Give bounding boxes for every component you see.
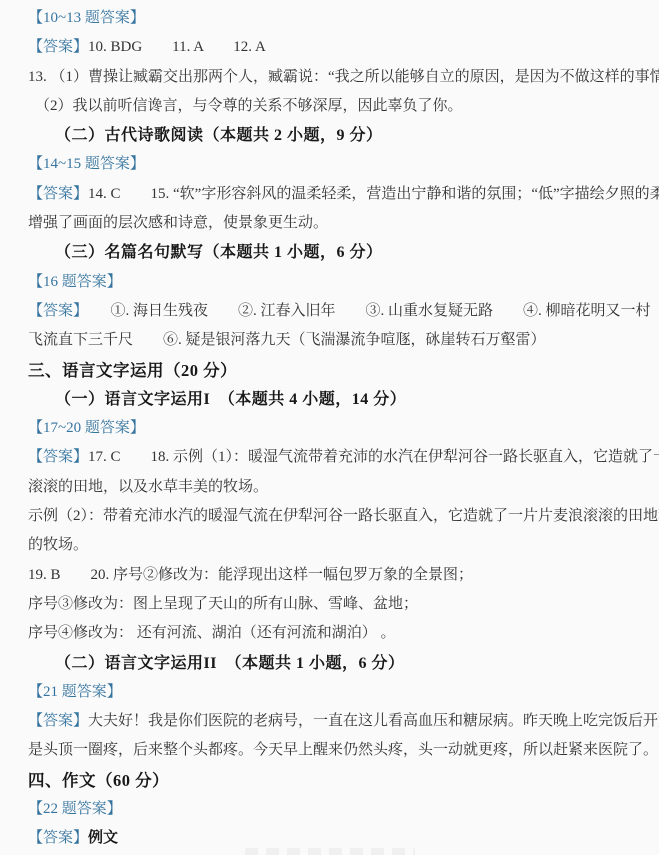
text-segment: ①. 海日生残夜 ②. 江春入旧年 ③. 山重水复疑无路 ④. 柳暗花明又一村 … <box>81 303 659 319</box>
text-line: 滚滚的田地，以及水草丰美的牧场。 <box>28 473 635 502</box>
section-subheading: （二）古代诗歌阅读（本题共 2 小题，9 分） <box>28 121 635 150</box>
answer-label-segment: 【22 题答案】 <box>28 801 122 817</box>
text-segment: 四、作文（60 分） <box>28 771 169 790</box>
text-segment: 19. B 20. 序号②修改为：能浮现出这样一幅包罗万象的全景图； <box>28 567 473 583</box>
section-subheading: （一）语言文字运用I （本题共 4 小题，14 分） <box>28 385 635 414</box>
answer-label-segment: 【17~20 题答案】 <box>28 420 145 436</box>
text-segment: 13. （1）曹操让臧霸交出那两个人，臧霸说：“我之所以能够自立的原因，是因为不… <box>28 69 659 85</box>
answer-label-segment: 【答案】 <box>28 449 88 465</box>
text-segment: 三、语言文字运用（20 分） <box>28 361 237 380</box>
text-segment: （2）我以前听信谗言，与令尊的关系不够深厚，因此辜负了你。 <box>35 98 463 114</box>
text-segment: 的牧场。 <box>28 537 88 553</box>
section-subheading: （二）语言文字运用II （本题共 1 小题，6 分） <box>28 649 635 678</box>
text-line: 示例（2）：带着充沛水汽的暖湿气流在伊犁河谷一路长驱直入，它造就了一片片麦浪滚滚… <box>28 502 635 531</box>
text-segment: 10. BDG 11. A 12. A <box>88 39 266 55</box>
document-lines: 【10~13 题答案】【答案】10. BDG 11. A 12. A13. （1… <box>28 4 635 854</box>
text-segment: （二）古代诗歌阅读（本题共 2 小题，9 分） <box>55 127 383 144</box>
section-subheading: （三）名篇名句默写（本题共 1 小题，6 分） <box>28 238 635 267</box>
text-line: （2）我以前听信谗言，与令尊的关系不够深厚，因此辜负了你。 <box>28 92 635 121</box>
text-segment: 大夫好！我是你们医院的老病号，一直在这儿看高血压和糖尿病。昨天晚上吃完饭后开始头… <box>88 713 659 729</box>
answer-label-segment: 【答案】 <box>28 830 88 846</box>
answer-label-segment: 【答案】 <box>28 186 88 202</box>
text-segment: 飞流直下三千尺 ⑥. 疑是银河落九天（飞湍瀑流争喧豗，砯崖转石万壑雷） <box>28 332 546 348</box>
document-page: 【10~13 题答案】【答案】10. BDG 11. A 12. A13. （1… <box>0 0 659 855</box>
answer-key-label-line: 【14~15 题答案】 <box>28 150 635 179</box>
text-line: 飞流直下三千尺 ⑥. 疑是银河落九天（飞湍瀑流争喧豗，砯崖转石万壑雷） <box>28 326 635 355</box>
answer-label-segment: 【21 题答案】 <box>28 684 122 700</box>
answer-label-segment: 【答案】 <box>28 303 81 319</box>
answer-label-segment: 【答案】 <box>28 713 88 729</box>
text-segment: 序号④修改为： 还有河流、湖泊（还有河流和湖泊） 。 <box>28 625 396 641</box>
text-line: 是头顶一圈疼，后来整个头都疼。今天早上醒来仍然头疼，头一动就更疼，所以赶紧来医院… <box>28 736 635 765</box>
answer-key-label-line: 【10~13 题答案】 <box>28 4 635 33</box>
text-segment: 是头顶一圈疼，后来整个头都疼。今天早上醒来仍然头疼，头一动就更疼，所以赶紧来医院… <box>28 742 658 758</box>
text-line: 序号④修改为： 还有河流、湖泊（还有河流和湖泊） 。 <box>28 619 635 648</box>
answer-line: 【答案】大夫好！我是你们医院的老病号，一直在这儿看高血压和糖尿病。昨天晚上吃完饭… <box>28 707 635 736</box>
cutoff-faint-text <box>245 848 415 855</box>
answer-label-segment: 【16 题答案】 <box>28 274 122 290</box>
text-line: 的牧场。 <box>28 531 635 560</box>
answer-label-segment: 【10~13 题答案】 <box>28 10 145 26</box>
text-line: 序号③修改为：图上呈现了天山的所有山脉、雪峰、盆地； <box>28 590 635 619</box>
answer-label-segment: 【答案】 <box>28 39 88 55</box>
text-segment: （二）语言文字运用II （本题共 1 小题，6 分） <box>55 655 404 672</box>
text-line: 13. （1）曹操让臧霸交出那两个人，臧霸说：“我之所以能够自立的原因，是因为不… <box>28 63 635 92</box>
text-segment: 滚滚的田地，以及水草丰美的牧场。 <box>28 479 268 495</box>
answer-line: 【答案】14. C 15. “软”字形容斜风的温柔轻柔，营造出宁静和谐的氛围；“… <box>28 180 635 209</box>
answer-label-segment: 【14~15 题答案】 <box>28 156 145 172</box>
section-heading: 四、作文（60 分） <box>28 766 635 795</box>
text-segment: 例文 <box>88 830 118 846</box>
answer-key-label-line: 【22 题答案】 <box>28 795 635 824</box>
text-line: 19. B 20. 序号②修改为：能浮现出这样一幅包罗万象的全景图； <box>28 561 635 590</box>
answer-key-label-line: 【16 题答案】 <box>28 268 635 297</box>
text-segment: （三）名篇名句默写（本题共 1 小题，6 分） <box>55 244 383 261</box>
answer-key-label-line: 【21 题答案】 <box>28 678 635 707</box>
answer-line: 【答案】17. C 18. 示例（1）：暖湿气流带着充沛的水汽在伊犁河谷一路长驱… <box>28 443 635 472</box>
text-segment: 示例（2）：带着充沛水汽的暖湿气流在伊犁河谷一路长驱直入，它造就了一片片麦浪滚滚… <box>28 508 659 524</box>
text-segment: （一）语言文字运用I （本题共 4 小题，14 分） <box>55 391 406 408</box>
text-segment: 增强了画面的层次感和诗意，使景象更生动。 <box>28 215 328 231</box>
text-segment: 序号③修改为：图上呈现了天山的所有山脉、雪峰、盆地； <box>28 596 418 612</box>
text-segment: 17. C 18. 示例（1）：暖湿气流带着充沛的水汽在伊犁河谷一路长驱直入，它… <box>88 449 659 465</box>
answer-key-label-line: 【17~20 题答案】 <box>28 414 635 443</box>
answer-line: 【答案】10. BDG 11. A 12. A <box>28 33 635 62</box>
text-line: 增强了画面的层次感和诗意，使景象更生动。 <box>28 209 635 238</box>
section-heading: 三、语言文字运用（20 分） <box>28 356 635 385</box>
text-segment: 14. C 15. “软”字形容斜风的温柔轻柔，营造出宁静和谐的氛围；“低”字描… <box>88 186 659 202</box>
answer-line: 【答案】 ①. 海日生残夜 ②. 江春入旧年 ③. 山重水复疑无路 ④. 柳暗花… <box>28 297 635 326</box>
